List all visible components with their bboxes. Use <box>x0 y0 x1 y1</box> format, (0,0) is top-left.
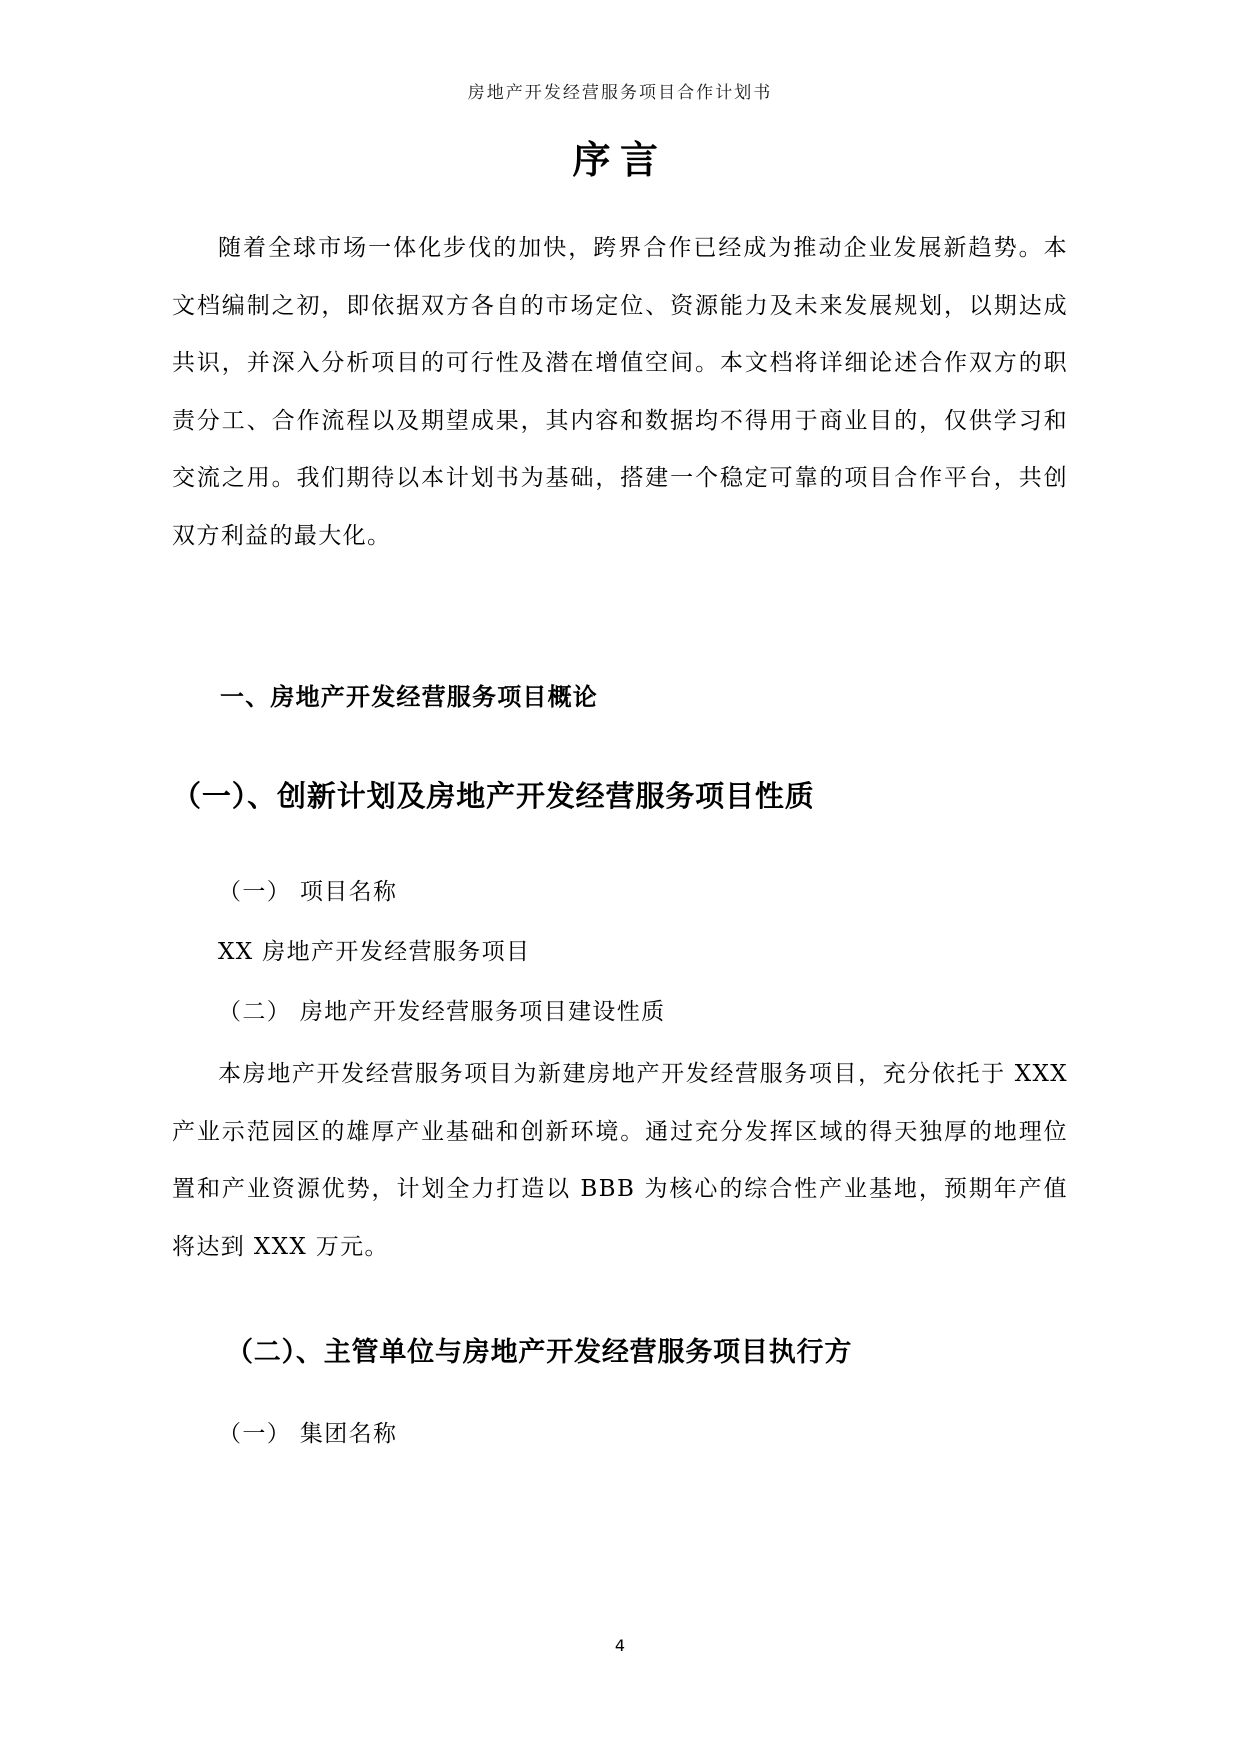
item-group-name-label: （一） 集团名称 <box>172 1415 1068 1448</box>
project-info-list: （一） 项目名称 XX 房地产开发经营服务项目 （二） 房地产开发经营服务项目建… <box>172 863 1068 1042</box>
document-title: 序言 <box>172 129 1068 184</box>
intro-paragraph: 随着全球市场一体化步伐的加快，跨界合作已经成为推动企业发展新趋势。本文档编制之初… <box>172 220 1068 565</box>
item-construction-nature-label: （二） 房地产开发经营服务项目建设性质 <box>172 983 1068 1043</box>
document-page: 房地产开发经营服务项目合作计划书 序言 随着全球市场一体化步伐的加快，跨界合作已… <box>0 0 1240 1753</box>
chapter-heading-project-overview: 一、房地产开发经营服务项目概论 <box>172 677 1068 712</box>
construction-nature-paragraph: 本房地产开发经营服务项目为新建房地产开发经营服务项目，充分依托于 XXX 产业示… <box>172 1046 1068 1276</box>
subsection-heading-supervising-unit: （二）、主管单位与房地产开发经营服务项目执行方 <box>172 1330 1068 1369</box>
page-header-title: 房地产开发经营服务项目合作计划书 <box>172 78 1068 103</box>
item-project-name-value: XX 房地产开发经营服务项目 <box>172 923 1068 983</box>
page-number: 4 <box>0 1636 1240 1655</box>
subsection-heading-innovation-plan: （一）、创新计划及房地产开发经营服务项目性质 <box>172 774 1068 815</box>
item-project-name-label: （一） 项目名称 <box>172 863 1068 923</box>
